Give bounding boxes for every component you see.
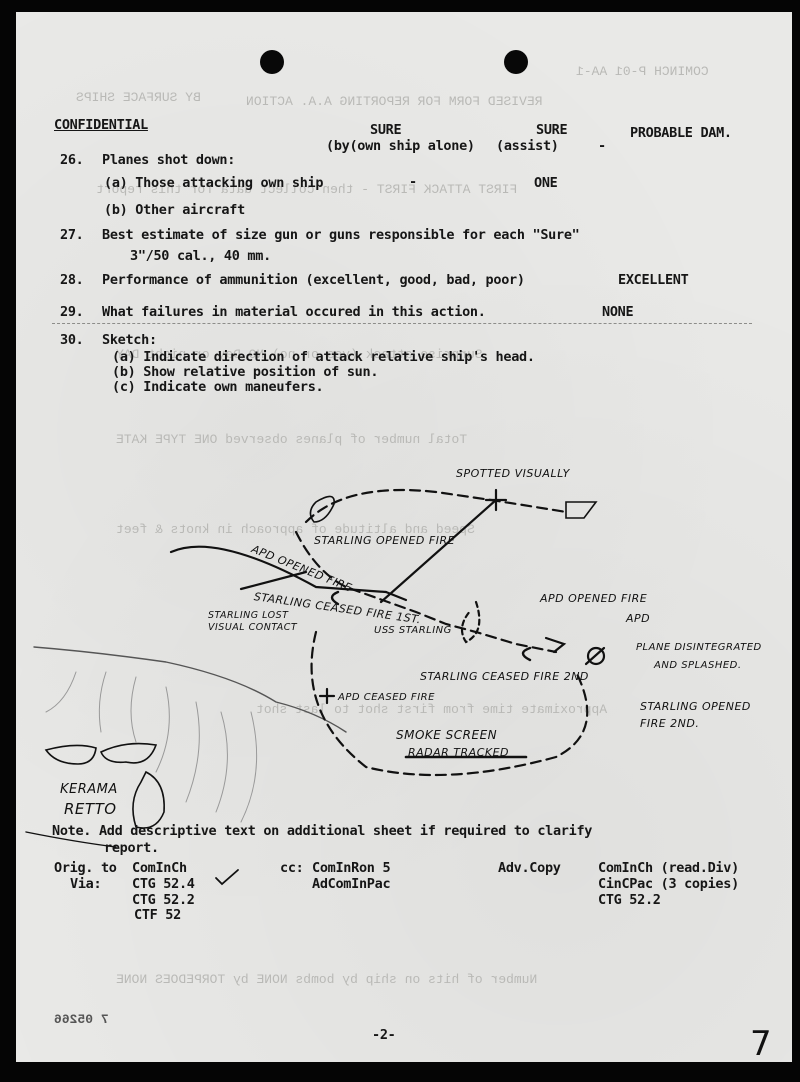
via-item: CTG 52.4 [132, 876, 195, 892]
sketch-label-plane-disintegrated: Plane Disintegrated [636, 642, 762, 653]
sketch-label-and-splashed: And Splashed. [654, 660, 742, 671]
sketch-label-kerama: Kerama [60, 782, 118, 797]
cc-item: ComInRon 5 [312, 860, 390, 876]
sketch-label-radar-tracked: Radar Tracked [408, 746, 509, 759]
cc-item: AdComInPac [312, 876, 390, 892]
via-label: Via: [70, 876, 101, 892]
sketch-label-retto: Retto [64, 800, 117, 818]
adv-item: ComInCh (read.Div) [598, 860, 739, 876]
sketch-label-uss-starling: USS Starling [374, 625, 452, 636]
sketch-label-starling-opened: Starling Opened Fire [314, 534, 455, 547]
sketch-label-starling-opened-2a: Starling Opened [640, 700, 751, 713]
adv-label: Adv.Copy [498, 860, 561, 876]
sketch-label-starling-opened-2b: Fire 2nd. [640, 717, 699, 730]
via-item: CTF 52 [134, 907, 181, 923]
sketch-label-apd-opened-2: APD Opened Fire [540, 592, 647, 605]
mirrored-stamp: 7 05266 [54, 1012, 109, 1027]
note-text: Note. Add descriptive text on additional… [52, 823, 592, 839]
orig-value: ComInCh [132, 860, 187, 876]
sketch-label-starling-ceased-2: Starling Ceased Fire 2nd [420, 670, 589, 683]
via-item: CTG 52.2 [132, 892, 195, 908]
page-footer: -2- [372, 1027, 395, 1043]
sketch-label-spotted: Spotted Visually [456, 467, 570, 480]
sketch-label-apd: APD [626, 612, 650, 625]
sketch-label-apd-ceased: APD Ceased Fire [338, 692, 435, 703]
sketch-label-smoke-screen: Smoke Screen [396, 728, 497, 742]
orig-label: Orig. to [54, 860, 117, 876]
sketch-label-visual-contact: Visual Contact [208, 622, 297, 633]
sketch-label-starling-lost: Starling Lost [208, 610, 288, 621]
document-page: BY SURFACE SHIPS REVISED FORM FOR REPORT… [16, 12, 792, 1062]
note-text-cont: report. [104, 840, 159, 856]
handwritten-page-number: 7 [750, 1024, 772, 1064]
adv-item: CTG 52.2 [598, 892, 661, 908]
adv-item: CinCPac (3 copies) [598, 876, 739, 892]
cc-label: cc: [280, 860, 303, 876]
